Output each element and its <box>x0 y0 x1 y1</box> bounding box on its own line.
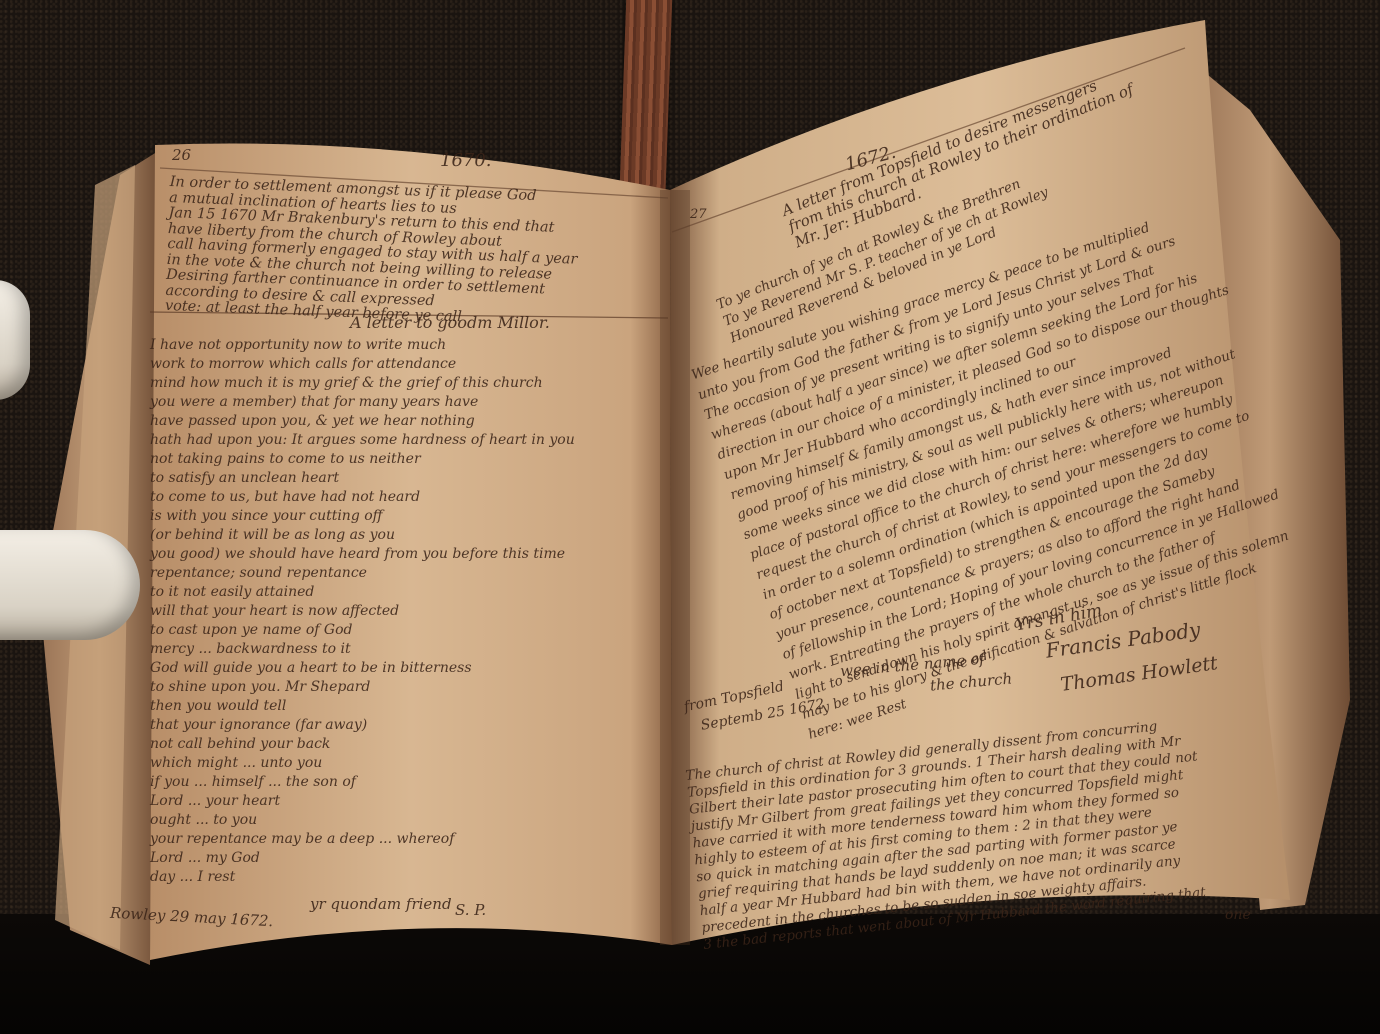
gloved-finger-top <box>0 280 30 400</box>
letter-line: to shine upon you. Mr Shepard <box>150 680 575 699</box>
letter-line: your repentance may be a deep ... whereo… <box>150 832 575 851</box>
gloved-finger-bottom <box>0 530 140 640</box>
left-letter-body: I have not opportunity now to write much… <box>150 338 575 889</box>
left-letter-title: A letter to goodm Millor. <box>350 315 550 331</box>
letter-line: you good) we should have heard from you … <box>150 547 575 566</box>
letter-line: mercy ... backwardness to it <box>150 642 575 661</box>
letter-line: I have not opportunity now to write much <box>150 338 575 357</box>
letter-line: Lord ... my God <box>150 851 575 870</box>
letter-line: not call behind your back <box>150 737 575 756</box>
left-header-year: 1670. <box>440 152 492 170</box>
left-closing-salutation: yr quondam friend <box>310 897 452 912</box>
letter-line: to cast upon ye name of God <box>150 623 575 642</box>
letter-line: is with you since your cutting off <box>150 509 575 528</box>
letter-line: hath had upon you: It argues some hardne… <box>150 433 575 452</box>
right-page-number: 27 <box>690 208 707 221</box>
letter-line: not taking pains to come to us neither <box>150 452 575 471</box>
letter-line: to come to us, but have had not heard <box>150 490 575 509</box>
letter-line: to satisfy an unclean heart <box>150 471 575 490</box>
letter-line: which might ... unto you <box>150 756 575 775</box>
letter-line: ought ... to you <box>150 813 575 832</box>
letter-line: you were a member) that for many years h… <box>150 395 575 414</box>
letter-line: have passed upon you, & yet we hear noth… <box>150 414 575 433</box>
letter-line: then you would tell <box>150 699 575 718</box>
letter-line: if you ... himself ... the son of <box>150 775 575 794</box>
letter-line: work to morrow which calls for attendanc… <box>150 357 575 376</box>
letter-line: that your ignorance (far away) <box>150 718 575 737</box>
letter-line: day ... I rest <box>150 870 575 889</box>
photo-scene: 26 1670. In order to settlement amongst … <box>0 0 1380 1034</box>
letter-line: will that your heart is now affected <box>150 604 575 623</box>
letter-line: Lord ... your heart <box>150 794 575 813</box>
catchword: one <box>1225 908 1251 922</box>
left-page-number: 26 <box>172 148 191 163</box>
letter-line: God will guide you a heart to be in bitt… <box>150 661 575 680</box>
letter-line: repentance; sound repentance <box>150 566 575 585</box>
left-closing-signature: S. P. <box>455 903 486 918</box>
left-top-entry: In order to settlement amongst us if it … <box>165 175 580 330</box>
letter-line: (or behind it will be as long as you <box>150 528 575 547</box>
letter-line: to it not easily attained <box>150 585 575 604</box>
letter-line: mind how much it is my grief & the grief… <box>150 376 575 395</box>
